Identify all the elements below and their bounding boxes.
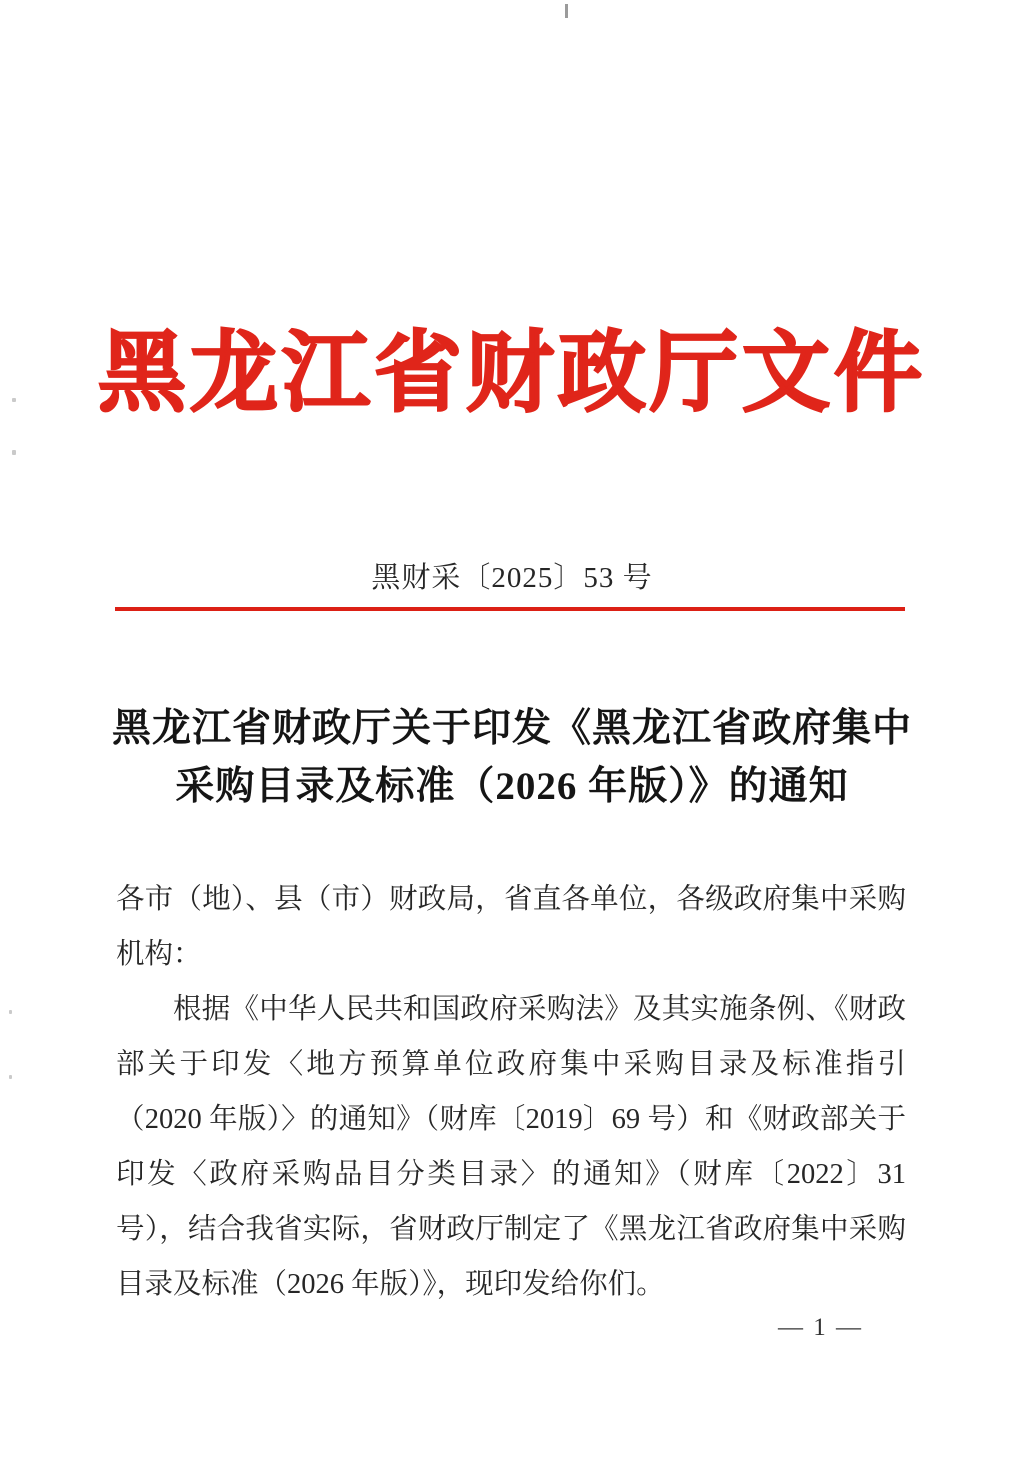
document-reference-number: 黑财采〔2025〕53 号 [0,558,1024,598]
salutation-line: 各市（地）、县（市）财政局，省直各单位，各级政府集中采购机构： [116,872,906,982]
scan-registration-mark [565,4,568,18]
document-title-line-2: 采购目录及标准（2026 年版）》的通知 [100,758,924,816]
letterhead-divider-rule [115,607,905,611]
scan-artifact [9,1010,12,1014]
scan-artifact [9,1075,12,1079]
document-body: 各市（地）、县（市）财政局，省直各单位，各级政府集中采购机构： 根据《中华人民共… [116,872,906,1312]
document-title: 黑龙江省财政厅关于印发《黑龙江省政府集中 采购目录及标准（2026 年版）》的通… [100,700,924,816]
letterhead-agency-title: 黑龙江省财政厅文件 [0,322,1024,428]
body-paragraph-1: 根据《中华人民共和国政府采购法》及其实施条例、《财政部关于印发〈地方预算单位政府… [116,982,906,1312]
document-title-line-1: 黑龙江省财政厅关于印发《黑龙江省政府集中 [100,700,924,758]
scan-artifact [12,450,16,455]
scanned-document-page: 黑龙江省财政厅文件 黑财采〔2025〕53 号 黑龙江省财政厅关于印发《黑龙江省… [0,0,1024,1472]
page-number: — 1 — [758,1312,883,1344]
